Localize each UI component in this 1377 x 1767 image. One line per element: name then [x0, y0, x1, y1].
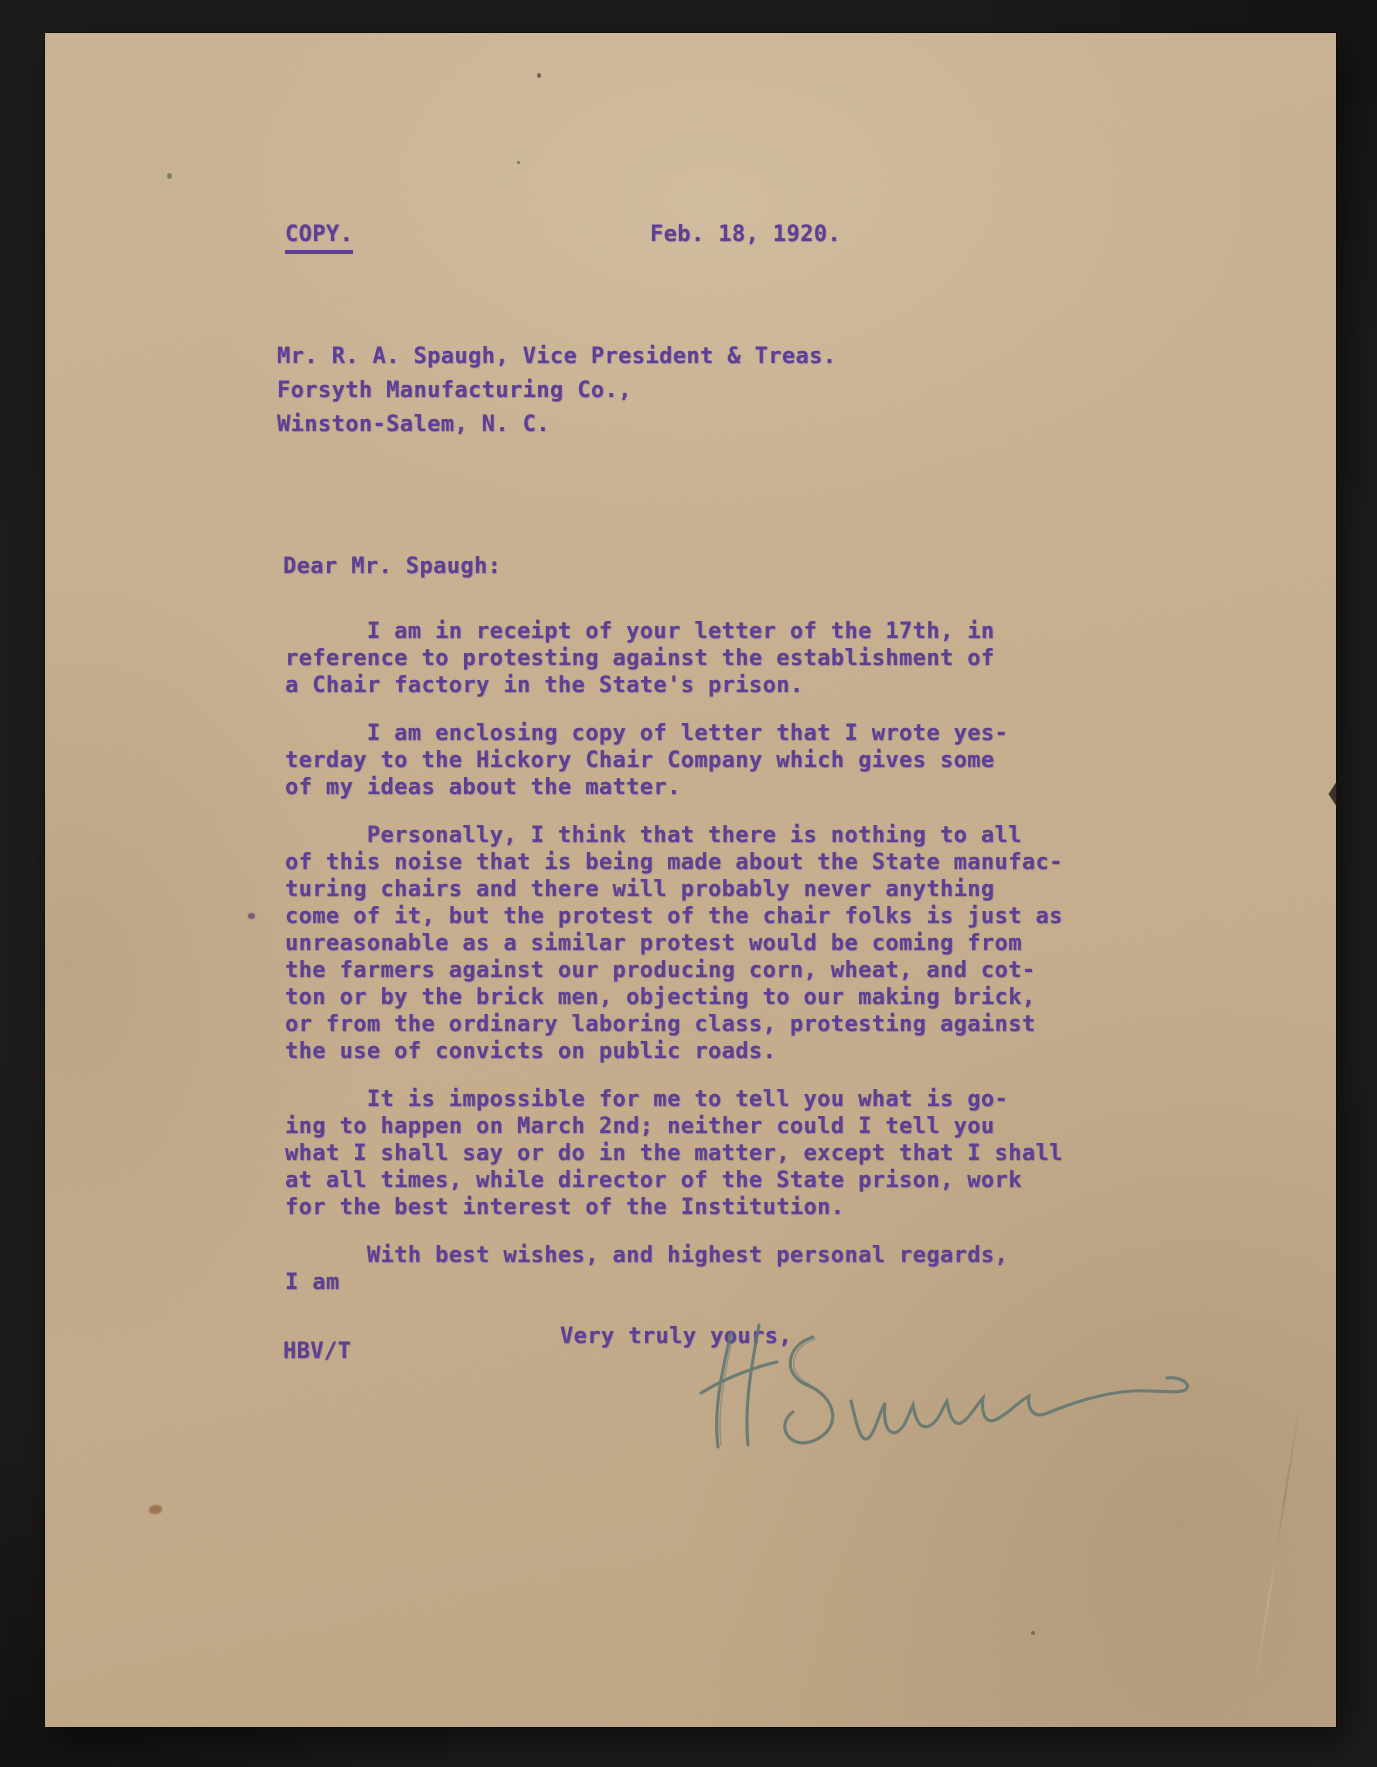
paragraph-4: It is impossible for me to tell you what… — [285, 1086, 1165, 1221]
date-line: Feb. 18, 1920. — [650, 221, 841, 248]
paragraph-3: Personally, I think that there is nothin… — [285, 822, 1165, 1065]
copy-label: COPY. — [285, 221, 353, 254]
scan-background: COPY. Feb. 18, 1920. Mr. R. A. Spaugh, V… — [0, 0, 1377, 1767]
salutation: Dear Mr. Spaugh: — [283, 553, 501, 580]
letter-page: COPY. Feb. 18, 1920. Mr. R. A. Spaugh, V… — [45, 33, 1336, 1727]
paper-crease — [1253, 1399, 1302, 1696]
paper-stain — [149, 1505, 162, 1514]
paper-tear — [1327, 781, 1337, 807]
paper-speck — [537, 73, 541, 78]
recipient-address-block: Mr. R. A. Spaugh, Vice President & Treas… — [277, 340, 836, 442]
paper-speck — [517, 161, 520, 164]
paper-speck — [1031, 1631, 1035, 1635]
letter-body: I am in receipt of your letter of the 17… — [285, 618, 1165, 1317]
paragraph-2: I am enclosing copy of letter that I wro… — [285, 720, 1165, 801]
ink-speck — [248, 913, 255, 919]
typist-initials: HBV/T — [283, 1338, 351, 1365]
valediction: Very truly yours, — [560, 1323, 792, 1350]
closing-lines: With best wishes, and highest personal r… — [285, 1242, 1165, 1296]
paper-speck — [167, 173, 172, 179]
paragraph-1: I am in receipt of your letter of the 17… — [285, 618, 1165, 699]
